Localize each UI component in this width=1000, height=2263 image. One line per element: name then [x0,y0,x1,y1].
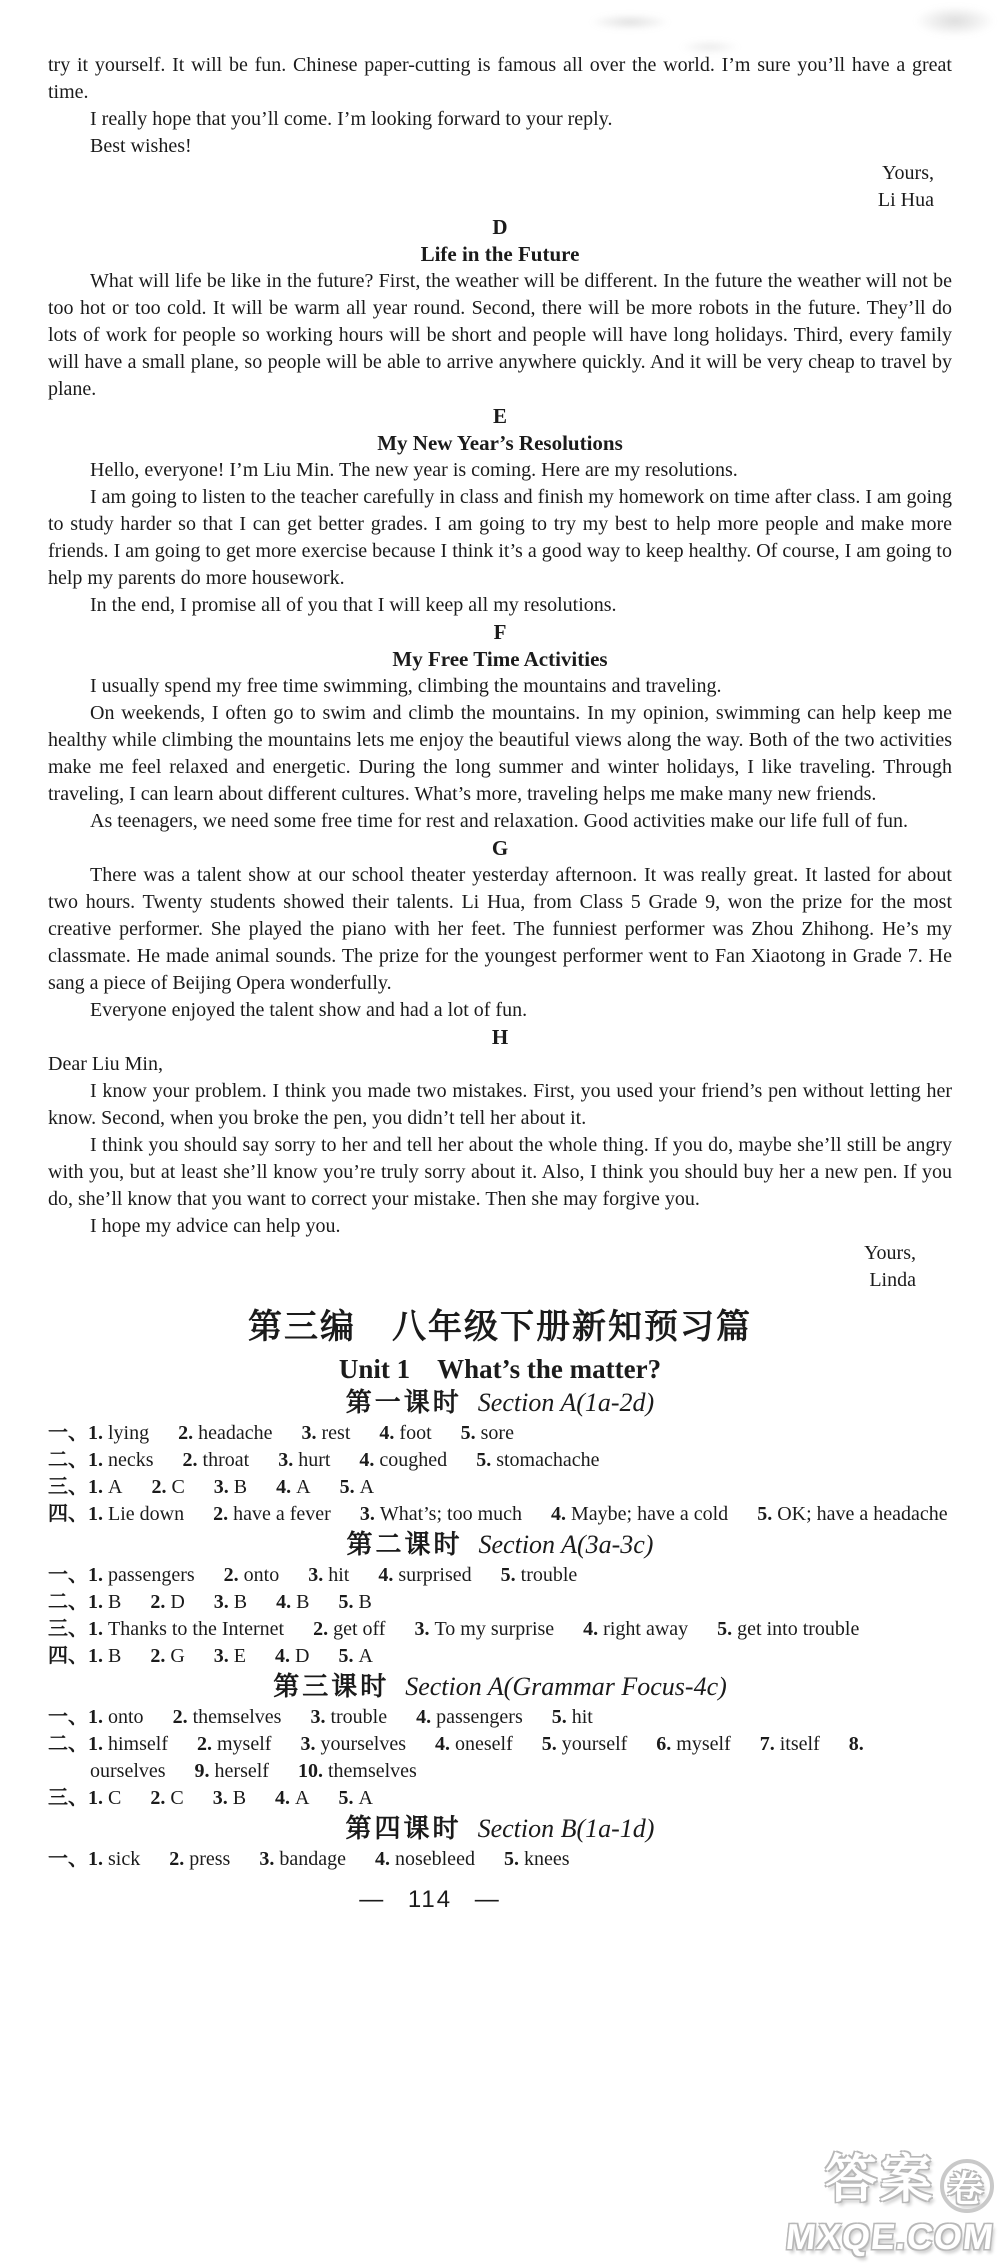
answer-item-number: 4. [276,1476,296,1498]
part-three-heading: 第三编 八年级下册新知预习篇 [48,1306,952,1350]
answer-item: 3. yourselves [300,1733,406,1755]
answer-item-number: 3. [278,1449,298,1471]
answer-row-marker: 一、 [48,1848,88,1870]
scan-smudge [915,6,995,36]
answer-item-number: 4. [276,1591,296,1613]
answer-item: 1. passengers [88,1564,195,1586]
answer-item-number: 3. [302,1422,322,1444]
passage-h-salutation: Dear Liu Min, [48,1051,952,1078]
answer-item-number: 3. [214,1591,234,1613]
answer-row-marker: 一、 [48,1564,88,1586]
answer-item-number: 4. [378,1564,398,1586]
answer-item: 1. B [88,1645,121,1667]
answer-item-number: 8. [849,1733,864,1755]
letter-c-best-wishes: Best wishes! [48,133,952,160]
answer-row-marker: 三、 [48,1787,88,1809]
answer-item: 4. coughed [359,1449,447,1471]
answer-item: 5. sore [461,1422,514,1444]
scan-smudge [590,14,670,30]
answer-item: 9. herself [195,1760,269,1782]
answer-item-number: 1. [88,1706,108,1728]
passage-h-signoff: Yours, [48,1240,952,1267]
answer-item: 1. sick [88,1848,140,1870]
lesson-heading-cn: 第一课时 [346,1388,462,1417]
answer-item-number: 2. [150,1591,170,1613]
answer-item: 5. knees [504,1848,570,1870]
answer-item-number: 6. [656,1733,676,1755]
answer-item: 3. What’s; too much [360,1503,522,1525]
answer-item-number: 2. [313,1618,333,1640]
answer-item-number: 2. [173,1706,193,1728]
passage-f-paragraph-1: I usually spend my free time swimming, c… [48,673,952,700]
answer-item-number: 1. [88,1591,108,1613]
answer-item: 2. G [150,1645,184,1667]
lesson-heading-en: Section A(1a-2d) [478,1388,654,1417]
answer-item-number: 1. [88,1787,108,1809]
answer-item: 2. headache [178,1422,272,1444]
answer-item: 1. B [88,1591,121,1613]
answer-row: 四、1. Lie down 2. have a fever 3. What’s;… [48,1501,952,1528]
passage-f-paragraph-2: On weekends, I often go to swim and clim… [48,700,952,808]
answer-item-number: 1. [88,1503,108,1525]
answer-item: 5. A [338,1645,372,1667]
answer-item: 3. B [213,1787,246,1809]
answer-item: 2. C [151,1476,184,1498]
answer-row-marker: 二、 [48,1591,88,1613]
watermark-url: MXQE.COM [784,2219,996,2255]
answer-item: 4. Maybe; have a cold [551,1503,728,1525]
answer-item-number: 5. [717,1618,737,1640]
answer-item-number: 2. [178,1422,198,1444]
answer-row: 二、1. himself 2. myself 3. yourselves 4. … [48,1731,952,1785]
answer-item: 4. oneself [435,1733,513,1755]
answer-item: 3. B [214,1591,247,1613]
answer-item-number: 1. [88,1848,108,1870]
letter-c-signoff: Yours, [48,160,952,187]
answer-item: 4. foot [379,1422,431,1444]
answer-item-number: 2. [169,1848,189,1870]
answer-item-number: 1. [88,1733,108,1755]
answer-item: 2. throat [183,1449,250,1471]
watermark-brand-text: 答案 [825,2151,935,2209]
answer-item: 2. C [150,1787,183,1809]
answer-item: 5. hit [552,1706,593,1728]
passage-f-paragraph-3: As teenagers, we need some free time for… [48,808,952,835]
answer-item: 3. hurt [278,1449,330,1471]
answer-item: 1. necks [88,1449,154,1471]
answer-item: 2. press [169,1848,230,1870]
passage-f-label: F [48,619,952,646]
answer-item: 1. A [88,1476,122,1498]
answer-item-number: 1. [88,1422,108,1444]
passage-d-paragraph: What will life be like in the future? Fi… [48,268,952,403]
page-number: — 114 — [0,1885,882,1915]
answer-item-number: 4. [551,1503,571,1525]
answer-item: 3. B [214,1476,247,1498]
answer-item-number: 5. [338,1645,358,1667]
answer-item-number: 1. [88,1476,108,1498]
answer-row: 二、1. B 2. D 3. B 4. B 5. B [48,1589,952,1616]
answer-item-number: 5. [542,1733,562,1755]
answer-item-number: 4. [275,1645,295,1667]
answer-item-number: 3. [214,1476,234,1498]
answer-item-number: 4. [275,1787,295,1809]
answer-item: 5. B [338,1591,371,1613]
answer-item-number: 3. [360,1503,380,1525]
passage-g-paragraph-2: Everyone enjoyed the talent show and had… [48,997,952,1024]
answer-item: 1. onto [88,1706,144,1728]
answer-item-number: 5. [338,1787,358,1809]
answer-item-number: 4. [359,1449,379,1471]
answer-item-number: 3. [308,1564,328,1586]
answer-row-marker: 二、 [48,1733,88,1755]
answer-item-number: 5. [504,1848,524,1870]
answer-item: 3. trouble [310,1706,387,1728]
answer-item: 1. Thanks to the Internet [88,1618,284,1640]
answer-item: 4. A [275,1787,309,1809]
passage-h-signature: Linda [48,1267,952,1294]
answer-item: 4. nosebleed [375,1848,475,1870]
answer-item-number: 4. [379,1422,399,1444]
answer-item: 4. D [275,1645,309,1667]
answer-row-marker: 二、 [48,1449,88,1471]
watermark-logo: 答案卷 MXQE.COM [786,2154,994,2255]
answer-row: 一、1. sick 2. press 3. bandage 4. noseble… [48,1846,952,1873]
answer-item: 3. bandage [259,1848,346,1870]
answer-row: 三、1. C 2. C 3. B 4. A 5. A [48,1785,952,1812]
answer-item-number: 2. [213,1503,233,1525]
passage-h-label: H [48,1024,952,1051]
passage-e-paragraph-1: Hello, everyone! I’m Liu Min. The new ye… [48,457,952,484]
answer-item-number: 5. [757,1503,777,1525]
answer-row-marker: 一、 [48,1706,88,1728]
answer-row-marker: 三、 [48,1476,88,1498]
answer-item-number: 1. [88,1449,108,1471]
answer-item-number: 3. [214,1645,234,1667]
answer-item: 5. A [340,1476,374,1498]
answer-row: 一、1. onto 2. themselves 3. trouble 4. pa… [48,1704,952,1731]
lesson-heading-cn: 第二课时 [347,1530,463,1559]
answer-item: 4. surprised [378,1564,471,1586]
answer-row-marker: 四、 [48,1503,88,1525]
answer-item: 1. C [88,1787,121,1809]
unit-1-heading: Unit 1 What’s the matter? [48,1352,952,1386]
passage-e-paragraph-3: In the end, I promise all of you that I … [48,592,952,619]
answer-item-number: 5. [476,1449,496,1471]
answer-item: 2. get off [313,1618,385,1640]
answer-item-number: 4. [583,1618,603,1640]
answer-row-marker: 三、 [48,1618,88,1640]
answer-item: 3. To my surprise [414,1618,554,1640]
answer-item: 2. have a fever [213,1503,331,1525]
passage-g-paragraph-1: There was a talent show at our school th… [48,862,952,997]
unit-1-answers: 第一课时Section A(1a-2d)一、1. lying 2. headac… [48,1387,952,1873]
passage-e-label: E [48,403,952,430]
watermark-circle-glyph: 卷 [940,2159,994,2213]
answer-item-number: 1. [88,1618,108,1640]
answer-item: 10. themselves [298,1760,417,1782]
answer-item-number: 2. [150,1787,170,1809]
answer-item: 2. themselves [173,1706,282,1728]
passage-h-paragraph-1: I know your problem. I think you made tw… [48,1078,952,1132]
answer-item: 4. right away [583,1618,688,1640]
passage-g-label: G [48,835,952,862]
answer-row: 四、1. B 2. G 3. E 4. D 5. A [48,1643,952,1670]
answer-row-marker: 四、 [48,1645,88,1667]
passage-h-paragraph-3: I hope my advice can help you. [48,1213,952,1240]
passage-e-title: My New Year’s Resolutions [48,430,952,457]
answer-row: 二、1. necks 2. throat 3. hurt 4. coughed … [48,1447,952,1474]
lesson-heading-en: Section B(1a-1d) [478,1814,655,1843]
watermark-brand: 答案卷 [786,2154,994,2213]
answer-row: 一、1. passengers 2. onto 3. hit 4. surpri… [48,1562,952,1589]
answer-item-number: 1. [88,1564,108,1586]
lesson-heading-cn: 第四课时 [346,1814,462,1843]
lesson-heading: 第一课时Section A(1a-2d) [48,1387,952,1419]
answer-item: 6. myself [656,1733,730,1755]
answer-item-number: 2. [197,1733,217,1755]
answer-item: 5. OK; have a headache [757,1503,947,1525]
answer-item: 2. D [150,1591,184,1613]
answer-item-number: 10. [298,1760,328,1782]
passage-f-title: My Free Time Activities [48,646,952,673]
answer-item-number: 4. [375,1848,395,1870]
letter-c-paragraph-end: try it yourself. It will be fun. Chinese… [48,52,952,106]
answer-item-number: 3. [300,1733,320,1755]
letter-c-signature: Li Hua [48,187,952,214]
answer-item: 5. A [338,1787,372,1809]
answer-item: 4. passengers [416,1706,523,1728]
answer-item-number: 5. [501,1564,521,1586]
answer-item-number: 4. [435,1733,455,1755]
answer-item: 1. Lie down [88,1503,184,1525]
answer-item-number: 7. [760,1733,780,1755]
answer-row: 一、1. lying 2. headache 3. rest 4. foot 5… [48,1420,952,1447]
lesson-heading: 第四课时Section B(1a-1d) [48,1813,952,1845]
passage-d-title: Life in the Future [48,241,952,268]
answer-item: 2. myself [197,1733,271,1755]
answer-item: 3. E [214,1645,246,1667]
answer-item-number: 5. [338,1591,358,1613]
answer-item-number: 9. [195,1760,215,1782]
answer-item: 2. onto [224,1564,280,1586]
answer-item: 4. B [276,1591,309,1613]
answer-item: 5. stomachache [476,1449,599,1471]
answer-item-number: 2. [183,1449,203,1471]
workbook-answer-page: try it yourself. It will be fun. Chinese… [0,0,1000,2263]
answer-item: 5. trouble [501,1564,578,1586]
answer-item-number: 3. [259,1848,279,1870]
passage-d-label: D [48,214,952,241]
answer-row: 三、1. Thanks to the Internet 2. get off 3… [48,1616,952,1643]
letter-c-hope-line: I really hope that you’ll come. I’m look… [48,106,952,133]
answer-item-number: 3. [414,1618,434,1640]
lesson-heading-cn: 第三课时 [273,1672,389,1701]
answer-item: 5. yourself [542,1733,628,1755]
answer-row: 三、1. A 2. C 3. B 4. A 5. A [48,1474,952,1501]
answer-item-number: 2. [150,1645,170,1667]
answer-item-number: 4. [416,1706,436,1728]
answer-item-number: 3. [310,1706,330,1728]
answer-item: 5. get into trouble [717,1618,859,1640]
answer-item-number: 3. [213,1787,233,1809]
answer-row-marker: 一、 [48,1422,88,1444]
lesson-heading-en: Section A(3a-3c) [479,1530,654,1559]
answer-item: 4. A [276,1476,310,1498]
answer-item-number: 5. [461,1422,481,1444]
answer-item-number: 5. [340,1476,360,1498]
answer-item: 1. lying [88,1422,149,1444]
answer-item-number: 2. [151,1476,171,1498]
lesson-heading: 第三课时Section A(Grammar Focus-4c) [48,1671,952,1703]
passage-e-paragraph-2: I am going to listen to the teacher care… [48,484,952,592]
lesson-heading-en: Section A(Grammar Focus-4c) [405,1672,727,1701]
answer-item: 3. rest [302,1422,351,1444]
answer-item-number: 1. [88,1645,108,1667]
answer-item: 7. itself [760,1733,820,1755]
passage-h-paragraph-2: I think you should say sorry to her and … [48,1132,952,1213]
answer-item: 3. hit [308,1564,349,1586]
answer-item-number: 5. [552,1706,572,1728]
answer-item: 1. himself [88,1733,168,1755]
answer-item-number: 2. [224,1564,244,1586]
lesson-heading: 第二课时Section A(3a-3c) [48,1529,952,1561]
